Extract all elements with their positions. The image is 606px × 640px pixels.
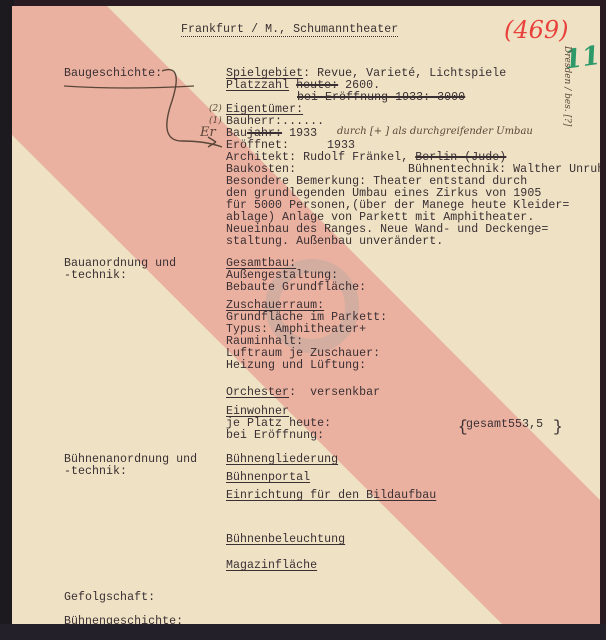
bei-eroeffnung-label: bei Eröffnung: xyxy=(226,430,324,442)
platzzahl-struck-line2: bei Eröffnung 1933: 3000 xyxy=(297,92,465,104)
document-title: Frankfurt / M., Schumanntheater xyxy=(181,24,398,37)
gefolgschaft-label: Gefolgschaft: xyxy=(64,592,155,604)
erbaut-hand-note: durch [+ ] als durchgreifender Umbau xyxy=(337,126,533,137)
buehnenportal-label: Bühnenportal xyxy=(226,472,310,484)
buehnenbeleuchtung-label: Bühnenbeleuchtung xyxy=(226,534,345,546)
architekt-value: Rudolf Fränkel, xyxy=(296,151,415,164)
red-archive-number: (469) xyxy=(504,16,569,44)
heizung-label: Heizung und Lüftung: xyxy=(226,360,366,372)
section-label-bauanordnung-2: -technik: xyxy=(64,270,127,282)
einwohner-value: gesamt553,5 xyxy=(466,419,543,431)
brace-right-icon: } xyxy=(553,418,563,436)
magazinflaeche-label: Magazinfläche xyxy=(226,560,317,572)
erbaut-hand-prefix: Er xyxy=(200,125,216,140)
orchester-value: : versenkbar xyxy=(289,386,380,399)
orchester-label: Orchester xyxy=(226,386,289,399)
buehnengeschichte-label: Bühnengeschichte: xyxy=(64,616,183,624)
bebaute-grundflaeche-label: Bebaute Grundfläche: xyxy=(226,282,366,294)
buehnengliederung-label: Bühnengliederung xyxy=(226,454,338,466)
bemerkung-line: staltung. Außenbau unverändert. xyxy=(226,236,443,248)
bildaufbau-label: Einrichtung für den Bildaufbau xyxy=(226,490,436,502)
margin-note: Dresden / bes. [?] xyxy=(562,46,572,126)
section-label-buehnenanordnung-2: -technik: xyxy=(64,466,127,478)
document-page: Frankfurt / M., Schumanntheater (469) 11… xyxy=(12,6,600,624)
background-bottom xyxy=(0,624,606,640)
eigentuemer-marker: (2) xyxy=(209,104,222,114)
platzzahl-label: Platzzahl xyxy=(226,79,289,92)
section-label-baugeschichte: Baugeschichte: xyxy=(64,68,162,80)
